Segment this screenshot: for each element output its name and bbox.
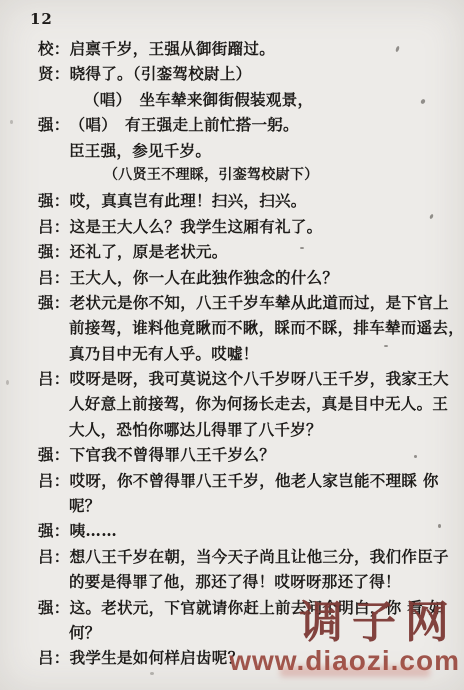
dialogue-text: 这是王大人么？我学生这厢有礼了。 [70, 214, 323, 239]
script-line: 强：还礼了，原是老状元。 [38, 239, 460, 264]
dialogue-text: 我学生是如何样启齿呢？ [70, 645, 244, 670]
speaker-label: 吕： [38, 214, 70, 239]
dialogue-text: 哎呀，你不曾得罪八王千岁，他老人家岂能不理睬 你 [70, 468, 439, 493]
scan-speck [300, 247, 304, 249]
stage-direction-text: （八贤王不理睬，引銮驾校尉下） [104, 163, 319, 188]
script-line-continuation: 的要是得罪了他，那还了得！哎呀呀那还了得！ [38, 569, 460, 594]
script-line-continuation: 人好意上前接驾，你为何扬长走去，真是目中无人。王 [38, 391, 460, 416]
script-line: 强：下官我不曾得罪八王千岁么？ [38, 442, 460, 467]
scan-speck [384, 345, 388, 347]
dialogue-text: （唱） 坐车辇来御街假装观景， [84, 87, 313, 112]
script-line-continuation: 前接驾，谁料他竟瞅而不瞅，睬而不睬，排车辇而遥去， [38, 315, 460, 340]
dialogue-text: （唱） 有王强走上前忙搭一躬。 [70, 112, 299, 137]
speaker-label: 强： [38, 290, 70, 315]
dialogue-text: 王大人，你一人在此独作独念的什么？ [70, 265, 339, 290]
script-line: 吕：哎呀，你不曾得罪八王千岁，他老人家岂能不理睬 你 [38, 468, 460, 493]
script-line-continuation: 呢？ [38, 493, 460, 518]
dialogue-text: 晓得了。（引銮驾校尉上） [70, 61, 252, 86]
speaker-label: 强： [38, 239, 70, 264]
speaker-label: 吕： [38, 544, 70, 569]
page-number: 12 [30, 10, 53, 28]
speaker-label: 强： [38, 595, 70, 620]
scan-speck [10, 120, 13, 124]
dialogue-text: 老状元是你不知，八王千岁车辇从此道而过，是下官上 [70, 290, 449, 315]
speaker-label: 贤： [38, 61, 70, 86]
scan-speck [150, 672, 154, 675]
speaker-label: 吕： [38, 645, 70, 670]
speaker-label: 强： [38, 518, 70, 543]
speaker-label: 吕： [38, 366, 70, 391]
script-body: 校：启禀千岁，王强从御街蹓过。 贤：晓得了。（引銮驾校尉上） （唱） 坐车辇来御… [38, 36, 460, 671]
dialogue-text: 大人，恐怕你哪达儿得罪了八千岁？ [69, 417, 322, 442]
site-watermark: 调子网 www.diaozi.com [229, 600, 460, 675]
dialogue-text: 何？ [69, 620, 101, 645]
dialogue-text: 臣王强，参见千岁。 [69, 138, 211, 163]
script-line: 强：老状元是你不知，八王千岁车辇从此道而过，是下官上 [38, 290, 460, 315]
dialogue-text: 哎，真真岂有此理！扫兴，扫兴。 [70, 188, 307, 213]
watermark-site-name: 调子网 [229, 600, 458, 646]
dialogue-text: 下官我不曾得罪八王千岁么？ [70, 442, 275, 467]
script-line-continuation: 大人，恐怕你哪达儿得罪了八千岁？ [38, 417, 460, 442]
script-line-continuation: 臣王强，参见千岁。 [38, 138, 460, 163]
speaker-label: 强： [38, 442, 70, 467]
script-line: 吕：哎呀是呀，我可莫说这个八千岁呀八王千岁，我家王大 [38, 366, 460, 391]
scan-speck [6, 380, 9, 385]
script-line-stage-direction: （八贤王不理睬，引銮驾校尉下） [38, 163, 460, 188]
script-line: 吕：想八王千岁在朝，当今天子尚且让他三分，我们作臣子 [38, 544, 460, 569]
dialogue-text: 真乃目中无有人乎。哎嘘！ [69, 341, 259, 366]
script-line: 强：（唱） 有王强走上前忙搭一躬。 [38, 112, 460, 137]
dialogue-text: 人好意上前接驾，你为何扬长走去，真是目中无人。王 [69, 391, 448, 416]
dialogue-text: 咦…… [70, 518, 117, 543]
script-line: 强：哎，真真岂有此理！扫兴，扫兴。 [38, 188, 460, 213]
dialogue-text: 哎呀是呀，我可莫说这个八千岁呀八王千岁，我家王大 [70, 366, 449, 391]
dialogue-text: 呢？ [69, 493, 101, 518]
scan-speck [438, 524, 441, 528]
script-line: 强：咦…… [38, 518, 460, 543]
script-line: 贤：晓得了。（引銮驾校尉上） [38, 61, 460, 86]
watermark-ghost-smudge [280, 666, 430, 677]
script-line-continuation: 真乃目中无有人乎。哎嘘！ [38, 341, 460, 366]
dialogue-text: 还礼了，原是老状元。 [70, 239, 228, 264]
script-line: 吕：这是王大人么？我学生这厢有礼了。 [38, 214, 460, 239]
dialogue-text: 前接驾，谁料他竟瞅而不瞅，睬而不睬，排车辇而遥去， [69, 315, 464, 340]
speaker-label: 吕： [38, 468, 70, 493]
script-line-chant: （唱） 坐车辇来御街假装观景， [38, 87, 460, 112]
speaker-label: 强： [38, 112, 70, 137]
scan-speck [414, 455, 417, 458]
speaker-label: 校： [38, 36, 70, 61]
script-line: 吕：王大人，你一人在此独作独念的什么？ [38, 265, 460, 290]
dialogue-text: 的要是得罪了他，那还了得！哎呀呀那还了得！ [69, 569, 401, 594]
speaker-label: 强： [38, 188, 70, 213]
dialogue-text: 想八王千岁在朝，当今天子尚且让他三分，我们作臣子 [70, 544, 449, 569]
dialogue-text: 启禀千岁，王强从御街蹓过。 [70, 36, 275, 61]
scanned-script-page: 12 校：启禀千岁，王强从御街蹓过。 贤：晓得了。（引銮驾校尉上） （唱） 坐车… [0, 0, 464, 690]
speaker-label: 吕： [38, 265, 70, 290]
